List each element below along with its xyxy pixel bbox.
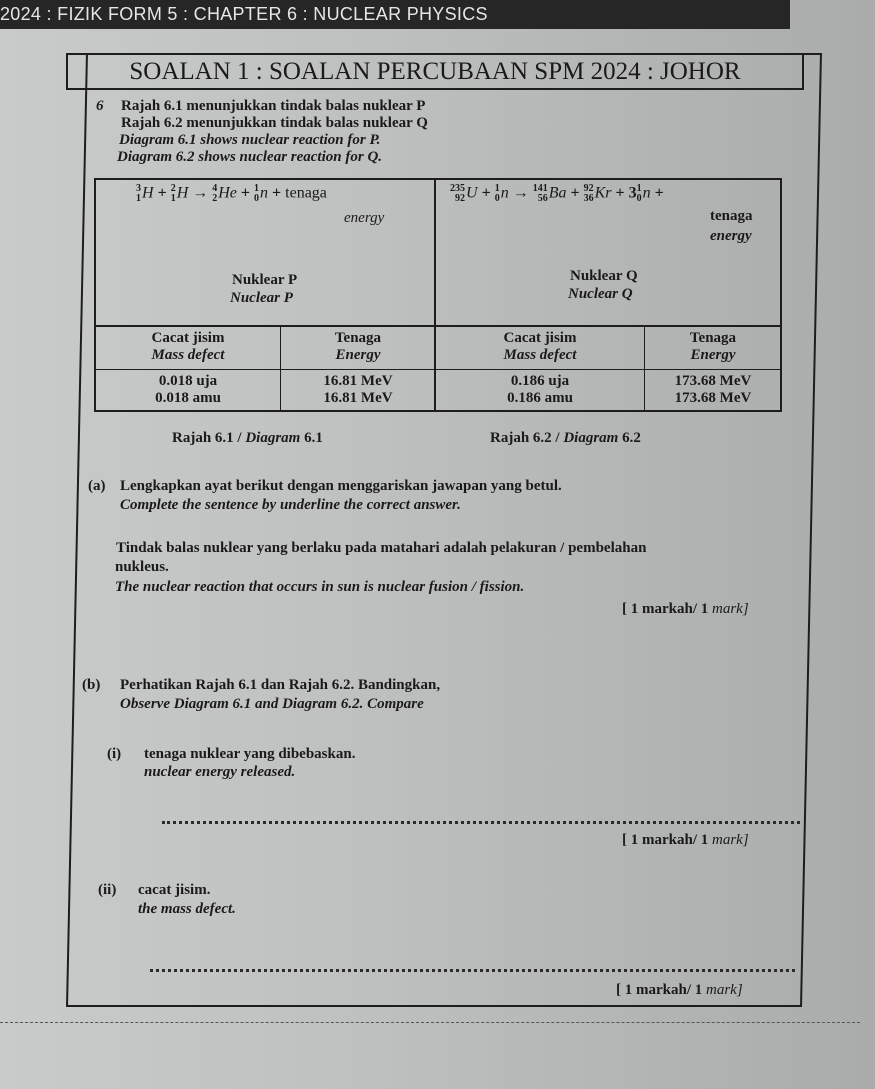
equation-p-energy-en: energy <box>344 210 384 227</box>
part-a-marks: [ 1 markah/ 1 mark] <box>622 601 749 618</box>
part-b-instruction-en: Observe Diagram 6.1 and Diagram 6.2. Com… <box>120 696 424 713</box>
part-b-ii-label: (ii) <box>98 882 116 899</box>
table-top-border <box>96 325 780 327</box>
part-b-i-label: (i) <box>107 746 121 763</box>
part-a-sentence-ms-cont: nukleus. <box>115 559 169 576</box>
table-q-value-mass-defect: 0.186 uja 0.186 amu <box>436 373 644 407</box>
table-p-value-mass-defect: 0.018 uja 0.018 amu <box>96 373 280 407</box>
intro-line-1: Rajah 6.1 menunjukkan tindak balas nukle… <box>121 98 425 115</box>
nuclear-q-label-en: Nuclear Q <box>568 286 633 303</box>
part-b-ii-text-ms: cacat jisim. <box>138 882 210 899</box>
table-p-divider <box>280 325 281 410</box>
part-a-sentence-ms[interactable]: Tindak balas nuklear yang berlaku pada m… <box>116 540 646 557</box>
equation-p: 31H + 21H → 42He + 10n + tenaga <box>136 184 327 204</box>
part-b-ii-text-en: the mass defect. <box>138 901 236 918</box>
nuclear-p-label-en: Nuclear P <box>230 290 293 307</box>
part-b-ii-marks: [ 1 markah/ 1 mark] <box>616 982 743 999</box>
table-p-header-mass-defect: Cacat jisim Mass defect <box>96 330 280 364</box>
caption-diagram-6-1: Rajah 6.1 / Diagram 6.1 <box>172 430 323 447</box>
part-b-instruction-ms: Perhatikan Rajah 6.1 dan Rajah 6.2. Band… <box>120 677 440 694</box>
table-header-border <box>96 369 780 370</box>
part-b-label: (b) <box>82 677 100 694</box>
equation-q: 23592U + 10n → 14156Ba + 9236Kr + 310n + <box>450 184 664 204</box>
part-b-ii-answer-line[interactable] <box>150 969 795 972</box>
intro-line-2: Rajah 6.2 menunjukkan tindak balas nukle… <box>121 115 428 132</box>
nuclear-q-label-ms: Nuklear Q <box>570 268 638 285</box>
question-number: 6 <box>96 98 104 115</box>
part-a-label: (a) <box>88 478 106 495</box>
part-a-instruction-en: Complete the sentence by underline the c… <box>120 497 461 514</box>
equation-q-energy-ms: tenaga <box>710 208 753 225</box>
table-p-header-energy: Tenaga Energy <box>282 330 434 364</box>
part-b-i-text-ms: tenaga nuklear yang dibebaskan. <box>144 746 355 763</box>
question-content: 6 Rajah 6.1 menunjukkan tindak balas nuk… <box>0 0 875 1089</box>
part-a-instruction-ms: Lengkapkan ayat berikut dengan menggaris… <box>120 478 562 495</box>
page-footer-rule <box>0 1022 860 1023</box>
caption-diagram-6-2: Rajah 6.2 / Diagram 6.2 <box>490 430 641 447</box>
intro-line-3: Diagram 6.1 shows nuclear reaction for P… <box>119 132 380 149</box>
part-b-i-text-en: nuclear energy released. <box>144 764 295 781</box>
part-b-i-marks: [ 1 markah/ 1 mark] <box>622 832 749 849</box>
nuclear-p-label-ms: Nuklear P <box>232 272 297 289</box>
part-b-i-answer-line[interactable] <box>162 821 800 824</box>
part-a-sentence-en[interactable]: The nuclear reaction that occurs in sun … <box>115 579 524 596</box>
diagram-box: 31H + 21H → 42He + 10n + tenaga energy N… <box>94 178 782 412</box>
intro-line-4: Diagram 6.2 shows nuclear reaction for Q… <box>117 149 382 166</box>
table-q-header-energy: Tenaga Energy <box>646 330 780 364</box>
table-p-value-energy: 16.81 MeV 16.81 MeV <box>282 373 434 407</box>
table-q-header-mass-defect: Cacat jisim Mass defect <box>436 330 644 364</box>
table-q-divider <box>644 325 645 410</box>
table-q-value-energy: 173.68 MeV 173.68 MeV <box>646 373 780 407</box>
equation-q-energy-en: energy <box>710 228 752 245</box>
